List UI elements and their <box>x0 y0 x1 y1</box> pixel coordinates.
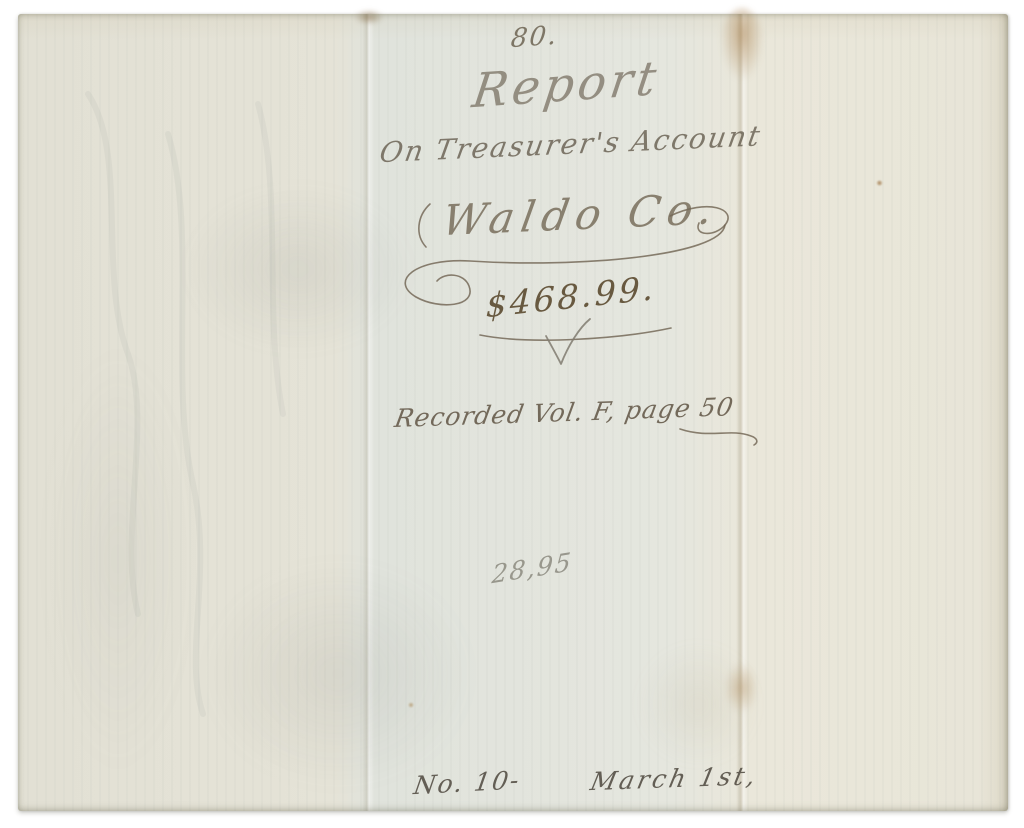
smudge-left-upper <box>183 184 413 354</box>
amount-underline <box>480 328 671 340</box>
stain-mid-right-fold <box>724 662 758 714</box>
showthrough-line-1 <box>88 94 138 614</box>
stain-top-left-fold <box>354 9 384 25</box>
smudge-center-lower <box>638 644 758 764</box>
open-paren-flourish <box>419 204 430 247</box>
county-name: Waldo Co. <box>439 184 724 245</box>
smudge-left-margin <box>48 344 188 774</box>
docket-date: March 1st, <box>588 761 761 796</box>
recorded-note: Recorded Vol. F, page 50 <box>392 392 736 433</box>
recorded-tail-flourish <box>680 429 757 445</box>
scan-background: 80. Report On Treasurer's Account Waldo … <box>0 0 1024 828</box>
stain-speck-bottom <box>408 702 414 708</box>
document-paper: 80. Report On Treasurer's Account Waldo … <box>18 14 1008 811</box>
stain-top-right-fold <box>720 8 764 82</box>
document-title: Report <box>469 51 663 120</box>
checkmark-icon <box>546 319 590 364</box>
smudge-left-lower <box>203 559 473 789</box>
pencil-note: 28,95 <box>491 547 574 590</box>
showthrough-line-3 <box>258 104 283 414</box>
amount-value: $468.99. <box>485 268 656 325</box>
showthrough-line-2 <box>168 134 203 714</box>
fold-line-left <box>362 14 374 811</box>
document-subtitle: On Treasurer's Account <box>377 119 764 169</box>
docket-number: No. 10- <box>412 765 523 800</box>
stain-speck-right <box>876 180 883 186</box>
page-number: 80. <box>509 21 559 55</box>
